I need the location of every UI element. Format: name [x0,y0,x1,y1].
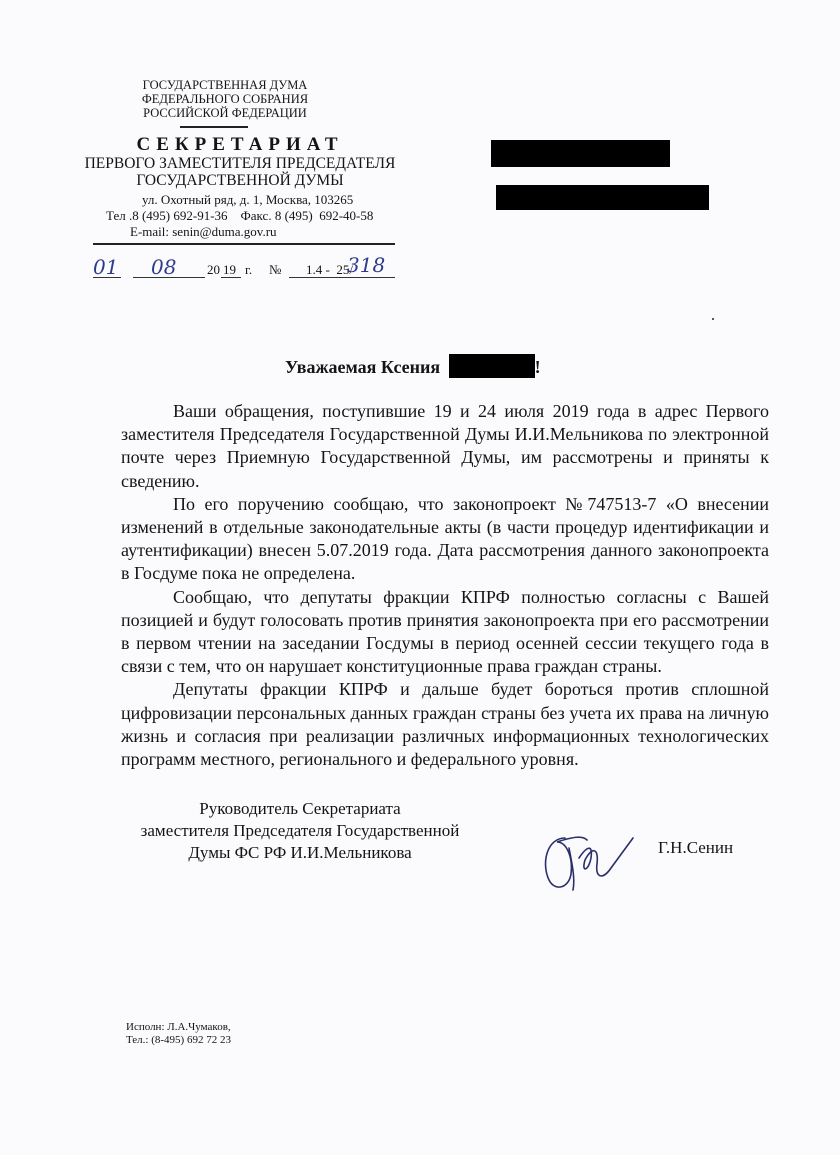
date-year-label: г. [245,262,252,278]
redacted-recipient-line-2 [496,185,709,210]
org-line: РОССИЙСКОЙ ФЕДЕРАЦИИ [110,106,340,120]
day-underline [93,277,121,278]
number-handwritten: 318 [347,253,385,277]
org-line: ФЕДЕРАЛЬНОГО СОБРАНИЯ [110,92,340,106]
executor-phone: Тел.: (8-495) 692 72 23 [126,1034,231,1047]
number-printed: 1.4 - 25/ [306,262,353,278]
date-year-prefix: 20 [207,262,220,278]
year-underline [221,277,241,278]
greeting: Уважаемая Ксения ! [285,354,541,378]
greeting-punct: ! [535,357,541,377]
number-underline [289,277,395,278]
body-paragraph: По его поручению сообщаю, что законопрое… [121,493,769,586]
scan-speck [712,318,714,320]
letterhead-org: ГОСУДАРСТВЕННАЯ ДУМА ФЕДЕРАЛЬНОГО СОБРАН… [110,78,340,120]
subtitle-line: ГОСУДАРСТВЕННОЙ ДУМЫ [70,172,410,189]
executor-info: Исполн: Л.А.Чумаков, Тел.: (8-495) 692 7… [126,1021,231,1047]
letter-body: Ваши обращения, поступившие 19 и 24 июля… [121,400,769,771]
dateline: 01 08 20 19 г. № 1.4 - 25/ 318 [93,255,403,281]
letterhead-address: ул. Охотный ряд, д. 1, Москва, 103265 [142,192,353,208]
position-line: Думы ФС РФ И.И.Мельникова [110,842,490,864]
month-underline [133,277,205,278]
org-line: ГОСУДАРСТВЕННАЯ ДУМА [110,78,340,92]
body-paragraph: Сообщаю, что депутаты фракции КПРФ полно… [121,586,769,679]
letterhead-divider [180,126,248,128]
greeting-text: Уважаемая Ксения [285,357,440,377]
signatory-name: Г.Н.Сенин [658,838,733,858]
body-paragraph: Ваши обращения, поступившие 19 и 24 июля… [121,400,769,493]
redacted-recipient-line-1 [491,140,670,167]
letterhead-rule [93,243,395,245]
letterhead-phone-fax: Тел .8 (495) 692-91-36 Факс. 8 (495) 692… [106,208,373,224]
position-line: заместителя Председателя Государственной [110,820,490,842]
signatory-position: Руководитель Секретариата заместителя Пр… [110,798,490,864]
letterhead-subtitle: ПЕРВОГО ЗАМЕСТИТЕЛЯ ПРЕДСЕДАТЕЛЯ ГОСУДАР… [70,155,410,189]
letterhead-title: СЕКРЕТАРИАТ [70,134,410,156]
date-year-suffix: 19 [223,262,236,278]
date-day: 01 [93,255,118,279]
letterhead-email: E-mail: senin@duma.gov.ru [130,224,277,240]
number-label: № [269,262,281,278]
handwritten-signature-icon [535,818,655,898]
date-month: 08 [151,255,176,279]
body-paragraph: Депутаты фракции КПРФ и дальше будет бор… [121,678,769,771]
subtitle-line: ПЕРВОГО ЗАМЕСТИТЕЛЯ ПРЕДСЕДАТЕЛЯ [70,155,410,172]
redacted-surname [449,354,535,378]
executor-name: Исполн: Л.А.Чумаков, [126,1021,231,1034]
position-line: Руководитель Секретариата [110,798,490,820]
